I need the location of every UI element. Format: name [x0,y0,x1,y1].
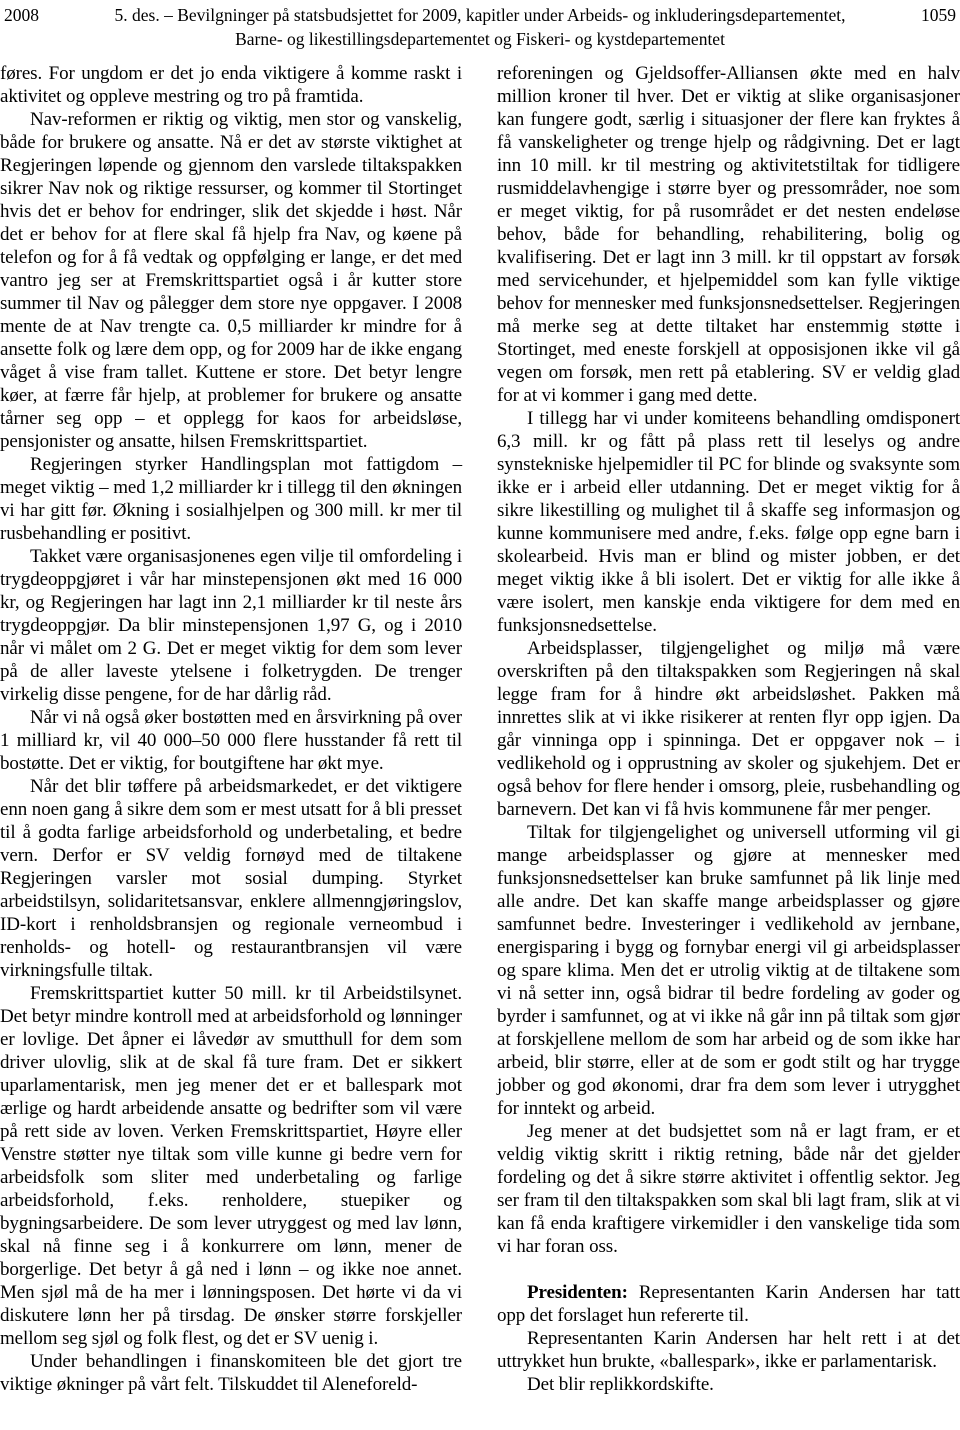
document-page: 2008 1059 5. des. – Bevilgninger på stat… [0,0,960,1430]
text-columns: føres. For ungdom er det jo enda viktige… [0,62,960,1396]
paragraph: Det blir replikkordskifte. [497,1373,960,1396]
paragraph: Tiltak for tilgjengelighet og universell… [497,821,960,1120]
right-column: reforeningen og Gjeldsoffer-Alliansen øk… [497,62,960,1396]
running-head: 2008 1059 5. des. – Bevilgninger på stat… [0,0,960,51]
paragraph: føres. For ungdom er det jo enda viktige… [0,62,462,108]
paragraph: I tillegg har vi under komiteens behandl… [497,407,960,637]
speaker-label: Presidenten: [527,1282,628,1303]
paragraph: reforeningen og Gjeldsoffer-Alliansen øk… [497,62,960,407]
header-title-line1: 5. des. – Bevilgninger på statsbudsjette… [70,3,890,27]
left-column: føres. For ungdom er det jo enda viktige… [0,62,462,1396]
paragraph: Når det blir tøffere på arbeidsmarkedet,… [0,775,462,982]
paragraph: Nav-reformen er riktig og viktig, men st… [0,108,462,453]
paragraph: Regjeringen styrker Handlingsplan mot fa… [0,453,462,545]
header-page-number: 1059 [921,3,956,27]
header-title-line2: Barne- og likestillingsdepartementet og … [70,27,890,51]
paragraph: Fremskrittspartiet kutter 50 mill. kr ti… [0,982,462,1350]
paragraph: Takket være organisasjonenes egen vilje … [0,545,462,706]
paragraph: Når vi nå også øker bostøtten med en års… [0,706,462,775]
paragraph: Under behandlingen i finanskomiteen ble … [0,1350,462,1396]
paragraph: Arbeidsplasser, tilgjengelighet og miljø… [497,637,960,821]
paragraph: Representanten Karin Andersen har helt r… [497,1327,960,1373]
header-year: 2008 [4,3,39,27]
president-paragraph: Presidenten: Representanten Karin Anders… [497,1281,960,1327]
paragraph: Jeg mener at det budsjettet som nå er la… [497,1120,960,1258]
